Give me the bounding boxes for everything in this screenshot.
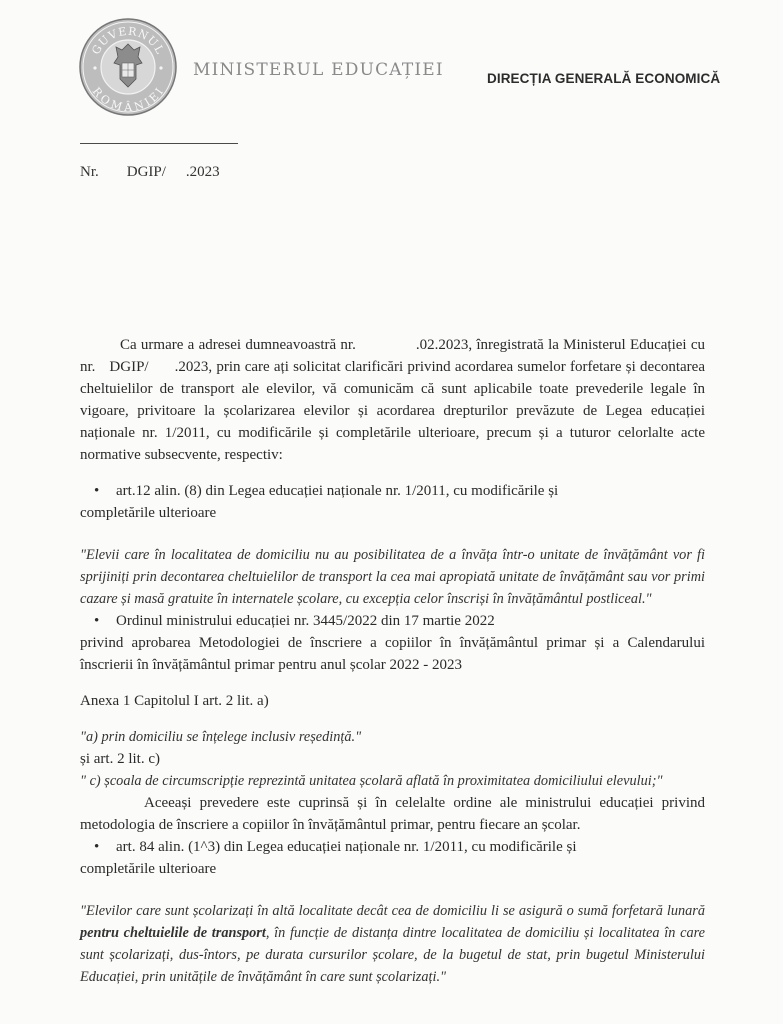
- list-item-art84: •art. 84 alin. (1^3) din Legea educației…: [80, 836, 705, 858]
- quote-art84: "Elevilor care sunt școlarizați în altă …: [80, 900, 705, 988]
- reg-prefix: DGIP/: [127, 164, 166, 180]
- annex-reference: Anexa 1 Capitolul I art. 2 lit. a): [80, 690, 705, 712]
- bullet-icon: •: [94, 480, 116, 502]
- list-item-order-cont: privind aprobarea Metodologiei de înscri…: [80, 632, 705, 676]
- list-item-order: •Ordinul ministrului educației nr. 3445/…: [80, 610, 705, 632]
- list-item-art12-cont: completările ulterioare: [80, 502, 705, 524]
- list-item-art84-cont: completările ulterioare: [80, 858, 705, 880]
- quote-art2c: " c) școala de circumscripție reprezintă…: [80, 770, 705, 792]
- registration-number: Nr.DGIP/.2023: [80, 164, 220, 181]
- header-divider: [80, 143, 238, 144]
- list-item-art12: •art.12 alin. (8) din Legea educației na…: [80, 480, 705, 502]
- ministry-name: MINISTERUL EDUCAȚIEI: [193, 60, 444, 80]
- government-seal-icon: GUVERNUL ROMÂNIEI: [78, 17, 178, 117]
- intro-paragraph: Ca urmare a adresei dumneavoastră nr..02…: [80, 334, 705, 466]
- letter-body: Ca urmare a adresei dumneavoastră nr..02…: [80, 334, 705, 988]
- art-reference: și art. 2 lit. c): [80, 748, 705, 770]
- bullet-icon: •: [94, 836, 116, 858]
- provision-paragraph: Aceeași prevedere este cuprinsă și în ce…: [80, 792, 705, 836]
- reg-label: Nr.: [80, 164, 99, 180]
- quote-art12: "Elevii care în localitatea de domiciliu…: [80, 544, 705, 610]
- emphasis-transport: pentru cheltuielile de transport: [80, 925, 266, 941]
- bullet-icon: •: [94, 610, 116, 632]
- directorate-name: DIRECȚIA GENERALĂ ECONOMICĂ: [487, 71, 720, 86]
- quote-art2a: "a) prin domiciliu se înțelege inclusiv …: [80, 726, 705, 748]
- reg-suffix: .2023: [186, 164, 220, 180]
